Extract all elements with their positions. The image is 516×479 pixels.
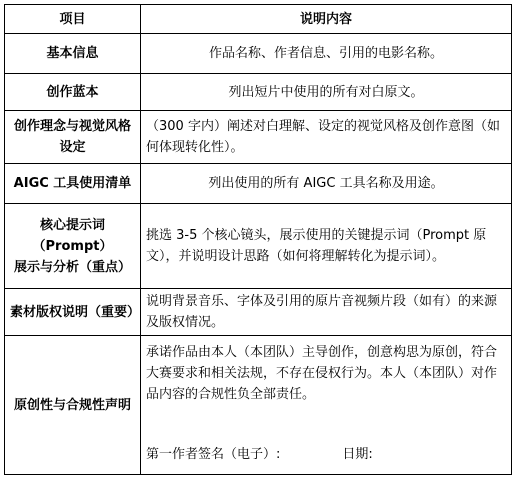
header-content-column: 说明内容 bbox=[141, 5, 512, 34]
desc-cell-concept-style: （300 字内）阐述对白理解、设定的视觉风格及创作意图（如何体现转化性）。 bbox=[141, 111, 512, 164]
item-cell-prompt-analysis: 核心提示词（Prompt） 展示与分析（重点） bbox=[5, 204, 141, 289]
table-row-basic-info: 基本信息 作品名称、作者信息、引用的电影名称。 bbox=[5, 34, 512, 74]
desc-cell-basic-info: 作品名称、作者信息、引用的电影名称。 bbox=[141, 34, 512, 74]
desc-cell-copyright: 说明背景音乐、字体及引用的原片音视频片段（如有）的来源及版权情况。 bbox=[141, 289, 512, 336]
item-cell-basic-info: 基本信息 bbox=[5, 34, 141, 74]
desc-cell-declaration: 承诺作品由本人（本团队）主导创作，创意构思为原创，符合大赛要求和相关法规，不存在… bbox=[141, 336, 512, 475]
table-row-declaration: 原创性与合规性声明 承诺作品由本人（本团队）主导创作，创意构思为原创，符合大赛要… bbox=[5, 336, 512, 475]
table-row-copyright: 素材版权说明（重要） 说明背景音乐、字体及引用的原片音视频片段（如有）的来源及版… bbox=[5, 289, 512, 336]
item-cell-declaration: 原创性与合规性声明 bbox=[5, 336, 141, 475]
table-row-aigc-tools: AIGC 工具使用清单 列出使用的所有 AIGC 工具名称及用途。 bbox=[5, 164, 512, 204]
desc-cell-aigc-tools: 列出使用的所有 AIGC 工具名称及用途。 bbox=[141, 164, 512, 204]
item-cell-concept-style: 创作理念与视觉风格 设定 bbox=[5, 111, 141, 164]
table-row-concept-style: 创作理念与视觉风格 设定 （300 字内）阐述对白理解、设定的视觉风格及创作意图… bbox=[5, 111, 512, 164]
signature-label: 第一作者签名（电子）: bbox=[146, 447, 280, 462]
declaration-paragraph: 承诺作品由本人（本团队）主导创作，创意构思为原创，符合大赛要求和相关法规，不存在… bbox=[146, 340, 506, 405]
submission-spec-table: 项目 说明内容 基本信息 作品名称、作者信息、引用的电影名称。 创作蓝本 列出短… bbox=[4, 4, 512, 475]
item-cell-copyright: 素材版权说明（重要） bbox=[5, 289, 141, 336]
signature-line: 第一作者签名（电子）:日期: bbox=[146, 444, 373, 465]
table-row-prompt-analysis: 核心提示词（Prompt） 展示与分析（重点） 挑选 3-5 个核心镜头，展示使… bbox=[5, 204, 512, 289]
date-label: 日期: bbox=[342, 444, 372, 465]
header-item-column: 项目 bbox=[5, 5, 141, 34]
document-page: 项目 说明内容 基本信息 作品名称、作者信息、引用的电影名称。 创作蓝本 列出短… bbox=[0, 0, 516, 479]
desc-cell-prompt-analysis: 挑选 3-5 个核心镜头，展示使用的关键提示词（Prompt 原文），并说明设计… bbox=[141, 204, 512, 289]
table-row-source-text: 创作蓝本 列出短片中使用的所有对白原文。 bbox=[5, 74, 512, 111]
declaration-content: 承诺作品由本人（本团队）主导创作，创意构思为原创，符合大赛要求和相关法规，不存在… bbox=[146, 340, 506, 471]
table-header-row: 项目 说明内容 bbox=[5, 5, 512, 34]
desc-cell-source-text: 列出短片中使用的所有对白原文。 bbox=[141, 74, 512, 111]
item-cell-aigc-tools: AIGC 工具使用清单 bbox=[5, 164, 141, 204]
item-cell-source-text: 创作蓝本 bbox=[5, 74, 141, 111]
